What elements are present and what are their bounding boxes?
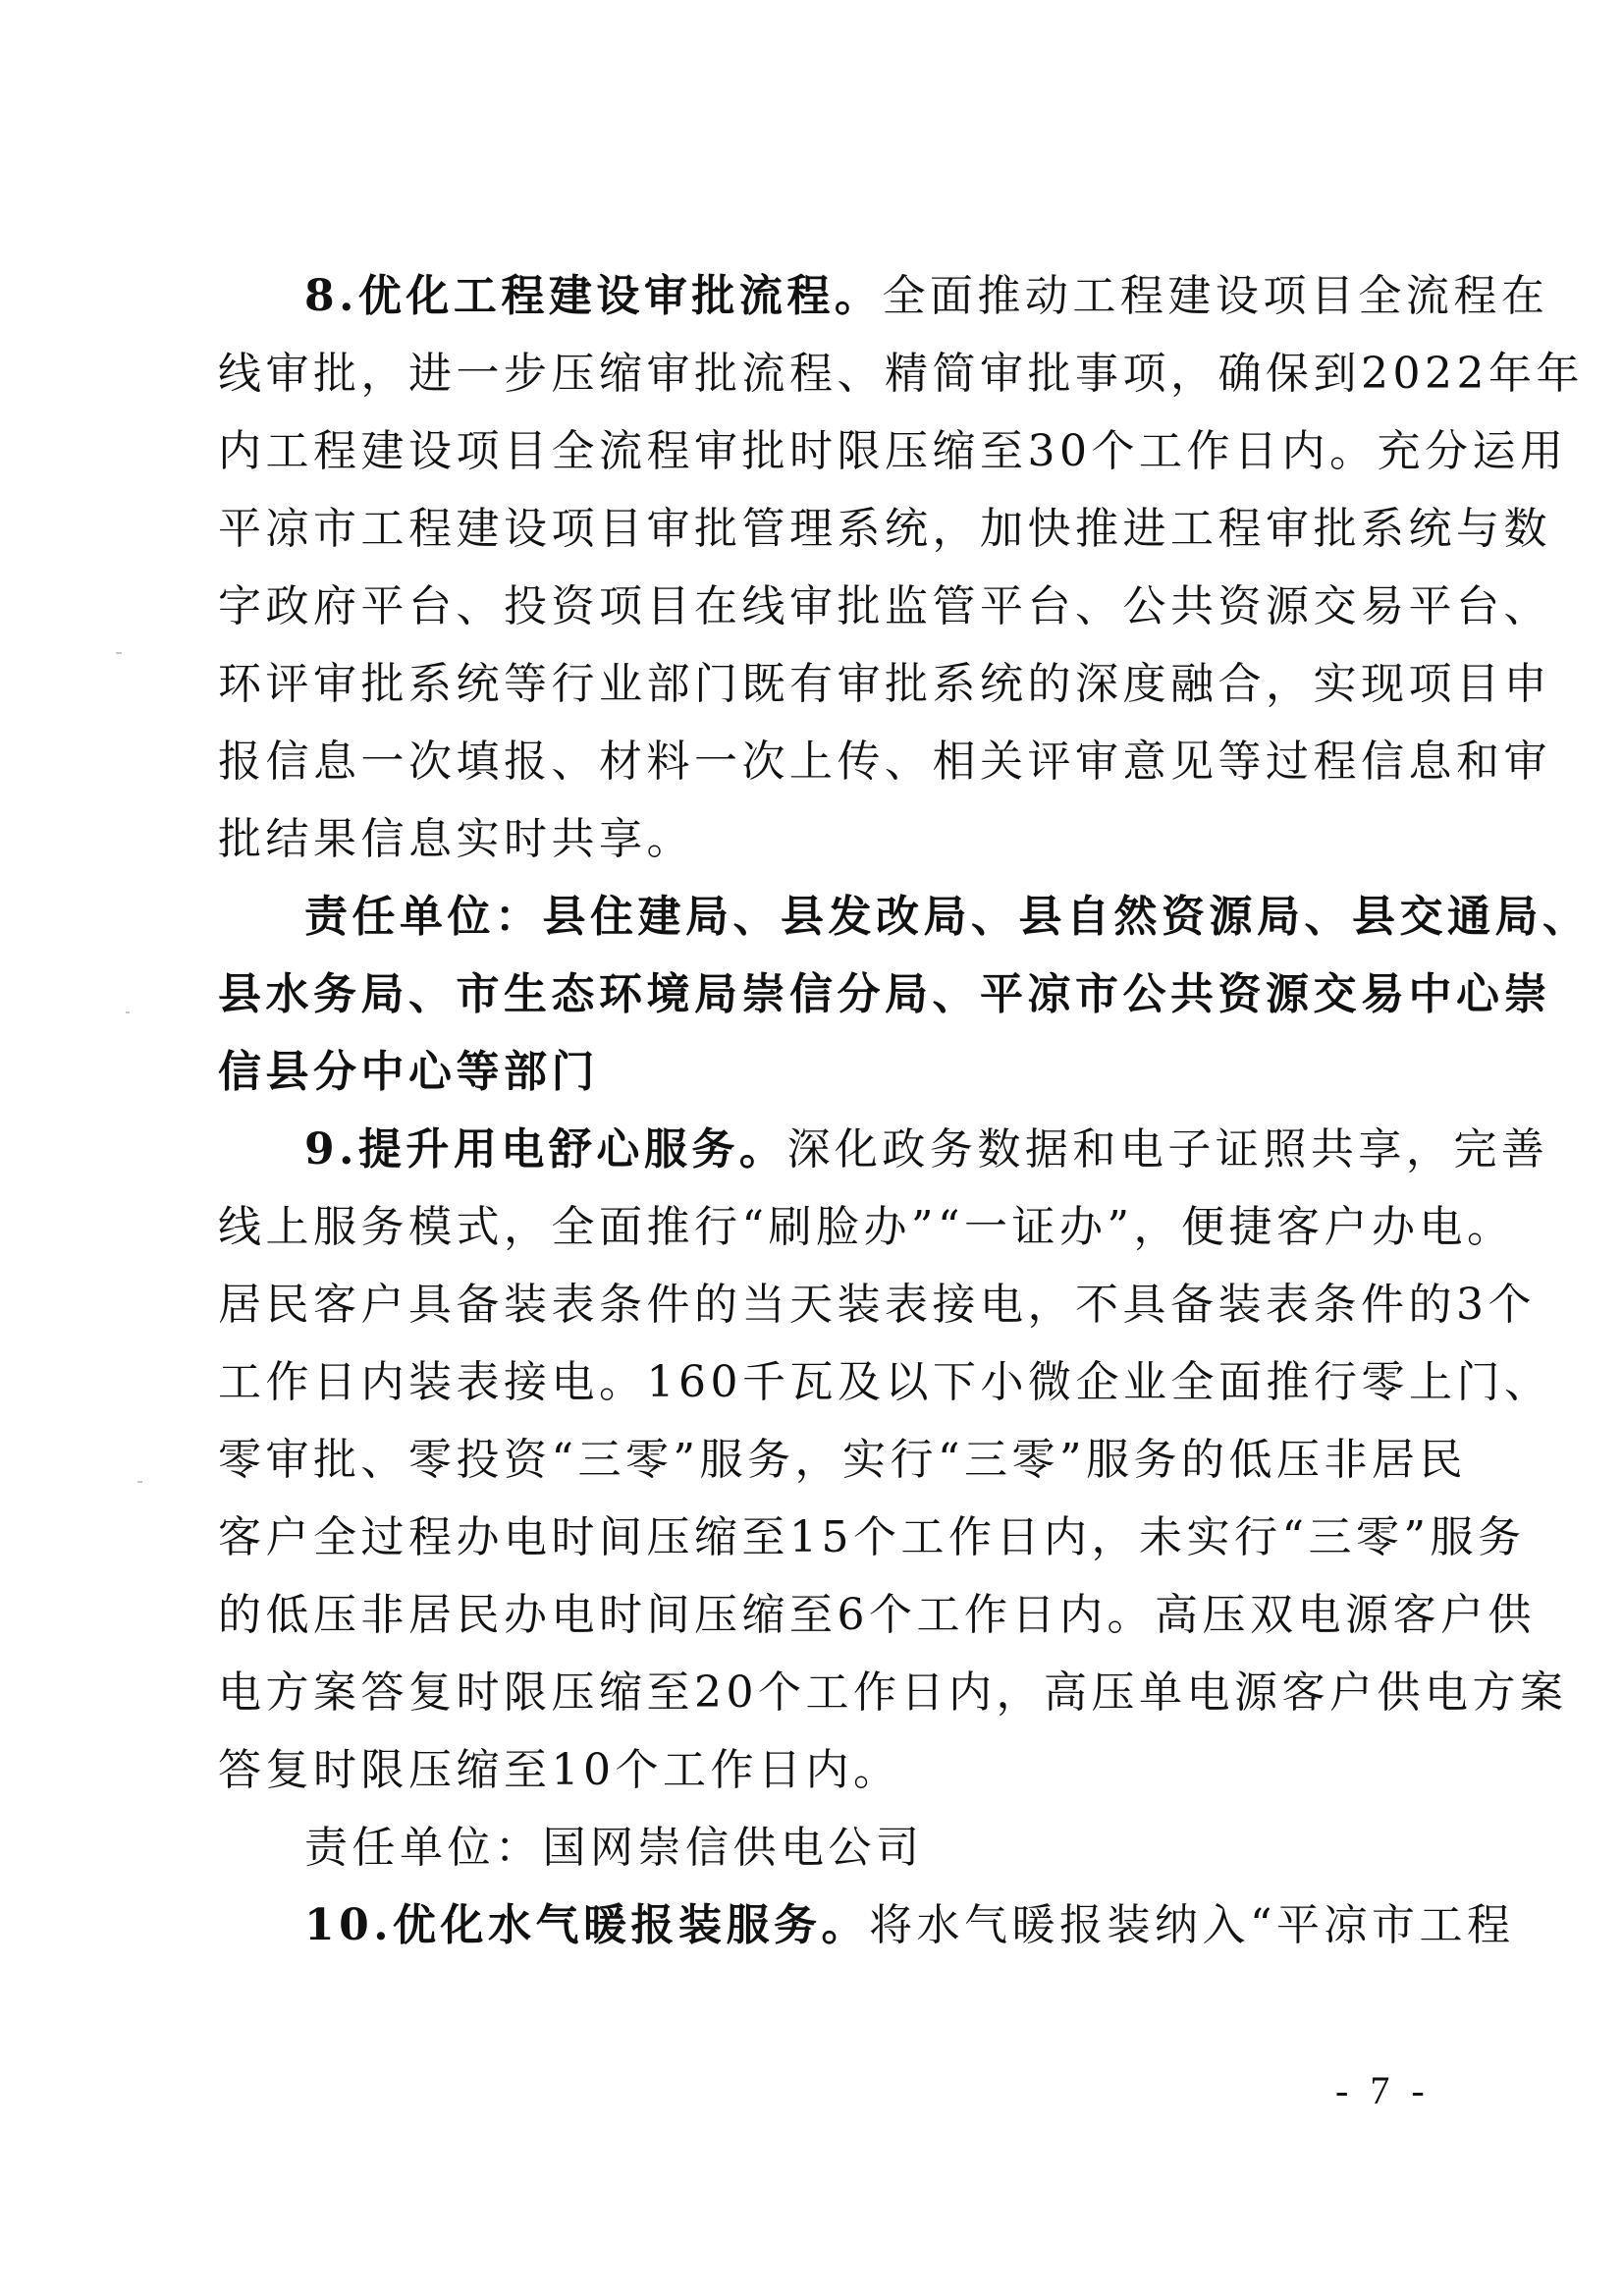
- section-8-line-6: 报信息一次填报、材料一次上传、相关评审意见等过程信息和审: [218, 723, 1414, 800]
- section-10-line-0: 将水气暖报装纳入“平凉市工程: [869, 1900, 1515, 1950]
- scan-speck: [126, 1011, 130, 1013]
- document-body: 8.优化工程建设审批流程。全面推动工程建设项目全流程在 线审批，进一步压缩审批流…: [218, 257, 1414, 1964]
- section-9-line-0: 深化政务数据和电子证照共享，完善: [786, 1124, 1548, 1175]
- section-9-line-4: 零审批、零投资“三零”服务，实行“三零”服务的低压非居民: [218, 1421, 1414, 1499]
- section-8-responsible-label: 责任单位：: [304, 892, 543, 942]
- section-9-line-2: 居民客户具备装表条件的当天装表接电，不具备装表条件的3个: [218, 1266, 1414, 1343]
- section-9-line-3: 工作日内装表接电。160千瓦及以下小微企业全面推行零上门、: [218, 1343, 1414, 1421]
- section-8-line-5: 环评审批系统等行业部门既有审批系统的深度融合，实现项目申: [218, 645, 1414, 723]
- section-10-heading: 10.优化水气暖报装服务。: [304, 1900, 869, 1950]
- section-9-line-5: 客户全过程办电时间压缩至15个工作日内，未实行“三零”服务: [218, 1499, 1414, 1576]
- section-9-line-1: 线上服务模式，全面推行“刷脸办”“一证办”，便捷客户办电。: [218, 1188, 1414, 1266]
- page-number: - 7 -: [1335, 2067, 1431, 2113]
- section-9-first-line: 9.提升用电舒心服务。深化政务数据和电子证照共享，完善: [218, 1111, 1414, 1188]
- section-8-heading: 8.优化工程建设审批流程。: [304, 271, 882, 321]
- section-8-line-7: 批结果信息实时共享。: [218, 800, 1414, 878]
- section-10-first-line: 10.优化水气暖报装服务。将水气暖报装纳入“平凉市工程: [218, 1886, 1414, 1964]
- section-8-first-line: 8.优化工程建设审批流程。全面推动工程建设项目全流程在: [218, 257, 1414, 335]
- section-8-responsible-line-0: 县住建局、县发改局、县自然资源局、县交通局、: [543, 892, 1591, 942]
- section-8-responsible-line-2: 信县分中心等部门: [218, 1033, 1414, 1111]
- section-9-heading: 9.提升用电舒心服务。: [304, 1124, 786, 1175]
- section-9-responsible-line: 责任单位：国网崇信供电公司: [218, 1809, 1414, 1886]
- section-8-line-3: 平凉市工程建设项目审批管理系统，加快推进工程审批系统与数: [218, 490, 1414, 568]
- section-9-line-7: 电方案答复时限压缩至20个工作日内，高压单电源客户供电方案: [218, 1654, 1414, 1731]
- section-8-line-1: 线审批，进一步压缩审批流程、精简审批事项，确保到2022年年: [218, 335, 1414, 412]
- section-8-line-4: 字政府平台、投资项目在线审批监管平台、公共资源交易平台、: [218, 568, 1414, 645]
- section-9-responsible-line-0: 国网崇信供电公司: [543, 1823, 924, 1873]
- section-8-responsible-line-1: 县水务局、市生态环境局崇信分局、平凉市公共资源交易中心崇: [218, 956, 1414, 1033]
- section-9-line-6: 的低压非居民办电时间压缩至6个工作日内。高压双电源客户供: [218, 1576, 1414, 1654]
- section-8-line-0: 全面推动工程建设项目全流程在: [882, 271, 1548, 321]
- section-8-line-2: 内工程建设项目全流程审批时限压缩至30个工作日内。充分运用: [218, 412, 1414, 490]
- section-8-responsible-first-line: 责任单位：县住建局、县发改局、县自然资源局、县交通局、: [218, 878, 1414, 956]
- document-page: 8.优化工程建设审批流程。全面推动工程建设项目全流程在 线审批，进一步压缩审批流…: [0, 0, 1623, 2296]
- section-9-responsible-label: 责任单位：: [304, 1823, 543, 1873]
- scan-speck: [116, 652, 122, 654]
- section-9-line-8: 答复时限压缩至10个工作日内。: [218, 1731, 1414, 1809]
- scan-speck: [137, 1481, 142, 1483]
